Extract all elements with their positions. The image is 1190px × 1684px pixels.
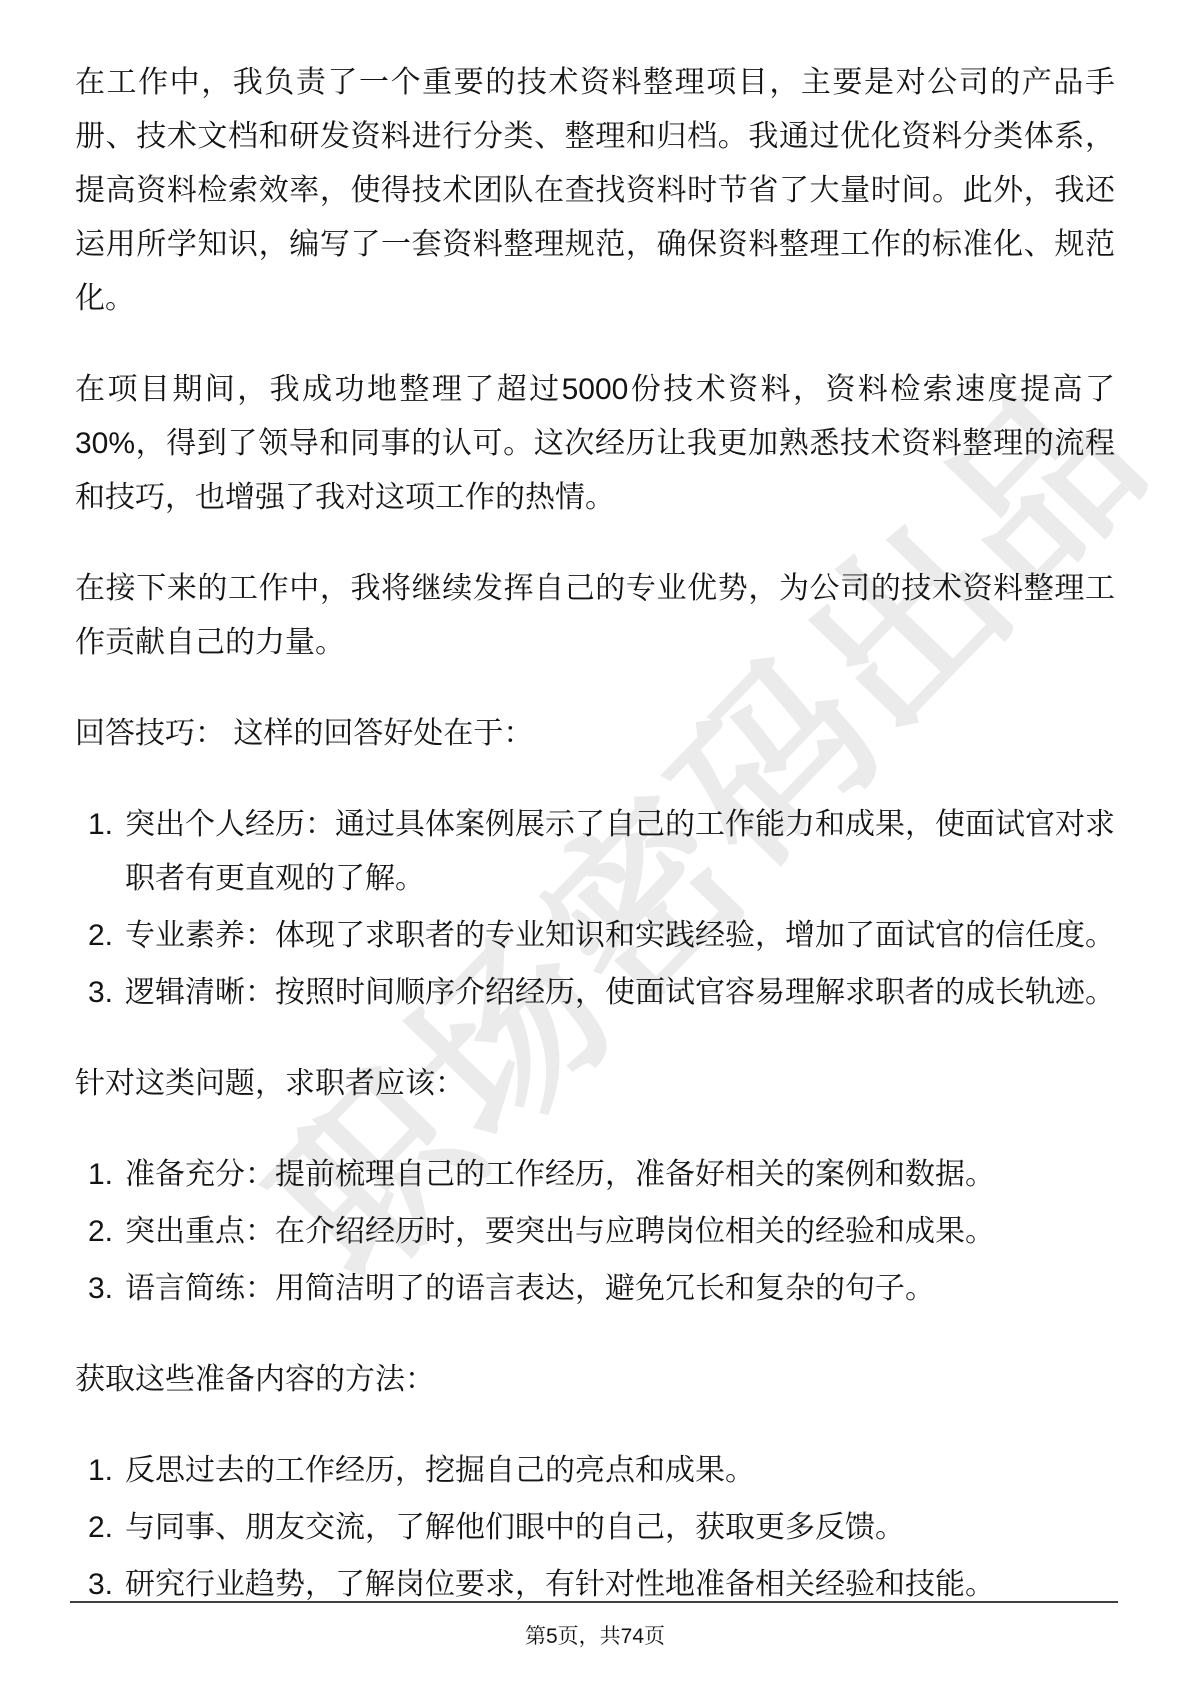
list-item-text: 反思过去的工作经历，挖掘自己的亮点和成果。 [125, 1454, 755, 1487]
list-answer-benefits: 1. 突出个人经历：通过具体案例展示了自己的工作能力和成果，使面试官对求职者有更… [75, 798, 1115, 1020]
list-item-text: 准备充分：提前梳理自己的工作经历，准备好相关的案例和数据。 [125, 1158, 995, 1191]
list-item: 2. 专业素养：体现了求职者的专业知识和实践经验，增加了面试官的信任度。 [75, 909, 1115, 963]
list-item-number: 3. [88, 1558, 113, 1612]
list-item: 1. 突出个人经历：通过具体案例展示了自己的工作能力和成果，使面试官对求职者有更… [75, 798, 1115, 906]
list-item-text: 专业素养：体现了求职者的专业知识和实践经验，增加了面试官的信任度。 [125, 919, 1115, 952]
list-item-number: 1. [88, 798, 113, 852]
document-page: 职场密码出品 在工作中，我负责了一个重要的技术资料整理项目，主要是对公司的产品手… [0, 0, 1190, 1684]
list-item-text: 与同事、朋友交流，了解他们眼中的自己，获取更多反馈。 [125, 1511, 905, 1544]
list-item-number: 3. [88, 1262, 113, 1316]
list-item: 3. 研究行业趋势，了解岗位要求，有针对性地准备相关经验和技能。 [75, 1558, 1115, 1612]
list-item-number: 3. [88, 966, 113, 1020]
heading-answer-tips: 回答技巧： 这样的回答好处在于： [75, 707, 1115, 761]
list-item-number: 1. [88, 1444, 113, 1498]
list-item-text: 逻辑清晰：按照时间顺序介绍经历，使面试官容易理解求职者的成长轨迹。 [125, 976, 1115, 1009]
list-item-text: 突出重点：在介绍经历时，要突出与应聘岗位相关的经验和成果。 [125, 1215, 995, 1248]
list-item: 1. 反思过去的工作经历，挖掘自己的亮点和成果。 [75, 1444, 1115, 1498]
heading-preparation-methods: 获取这些准备内容的方法： [75, 1353, 1115, 1407]
list-item-text: 突出个人经历：通过具体案例展示了自己的工作能力和成果，使面试官对求职者有更直观的… [125, 808, 1115, 895]
list-item-number: 1. [88, 1148, 113, 1202]
list-item: 3. 语言简练：用简洁明了的语言表达，避免冗长和复杂的句子。 [75, 1262, 1115, 1316]
footer-divider [70, 1601, 1118, 1603]
heading-candidate-should: 针对这类问题，求职者应该： [75, 1057, 1115, 1111]
paragraph-future-plan: 在接下来的工作中，我将继续发挥自己的专业优势，为公司的技术资料整理工作贡献自己的… [75, 562, 1115, 670]
document-body: 在工作中，我负责了一个重要的技术资料整理项目，主要是对公司的产品手册、技术文档和… [75, 56, 1115, 1612]
list-item: 1. 准备充分：提前梳理自己的工作经历，准备好相关的案例和数据。 [75, 1148, 1115, 1202]
page-number-label: 第5页，共74页 [0, 1622, 1190, 1652]
list-item: 2. 突出重点：在介绍经历时，要突出与应聘岗位相关的经验和成果。 [75, 1205, 1115, 1259]
list-item-number: 2. [88, 909, 113, 963]
list-item: 3. 逻辑清晰：按照时间顺序介绍经历，使面试官容易理解求职者的成长轨迹。 [75, 966, 1115, 1020]
list-preparation-methods: 1. 反思过去的工作经历，挖掘自己的亮点和成果。 2. 与同事、朋友交流，了解他… [75, 1444, 1115, 1612]
list-item-number: 2. [88, 1205, 113, 1259]
paragraph-work-experience: 在工作中，我负责了一个重要的技术资料整理项目，主要是对公司的产品手册、技术文档和… [75, 56, 1115, 326]
list-candidate-should: 1. 准备充分：提前梳理自己的工作经历，准备好相关的案例和数据。 2. 突出重点… [75, 1148, 1115, 1316]
list-item-number: 2. [88, 1501, 113, 1555]
paragraph-project-results: 在项目期间，我成功地整理了超过5000份技术资料，资料检索速度提高了30%，得到… [75, 363, 1115, 525]
list-item: 2. 与同事、朋友交流，了解他们眼中的自己，获取更多反馈。 [75, 1501, 1115, 1555]
list-item-text: 研究行业趋势，了解岗位要求，有针对性地准备相关经验和技能。 [125, 1568, 995, 1601]
list-item-text: 语言简练：用简洁明了的语言表达，避免冗长和复杂的句子。 [125, 1272, 935, 1305]
